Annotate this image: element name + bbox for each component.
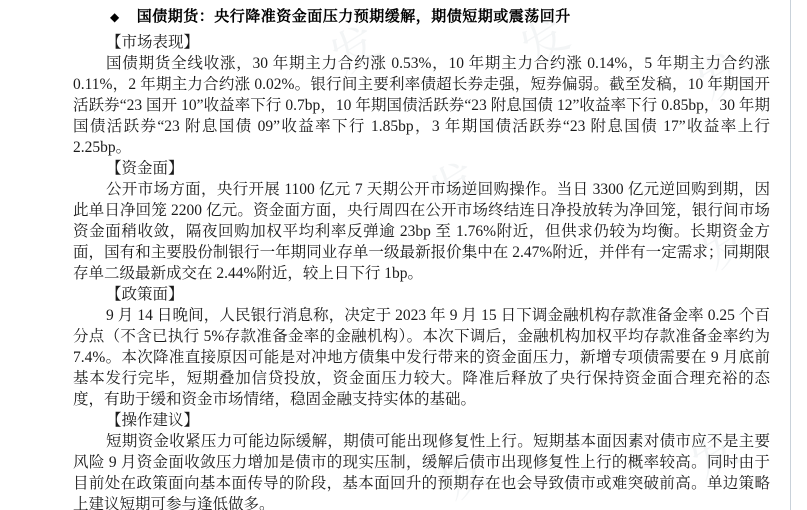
section-heading: 【资金面】 [73,158,770,179]
section-title-text: 国债期货：央行降准资金面压力预期缓解，期债短期或震荡回升 [137,5,571,29]
section-advice: 【操作建议】 短期资金收紧压力可能边际缓解，期债可能出现修复性上行。短期基本面因… [73,410,770,510]
section-heading: 【市场表现】 [73,32,770,53]
section-paragraph: 国债期货全线收涨，30 年期主力合约涨 0.53%，10 年期主力合约涨 0.1… [73,53,770,158]
report-content: ◆ 国债期货：央行降准资金面压力预期缓解，期债短期或震荡回升 【市场表现】 国债… [73,5,770,510]
page-right-border [790,0,791,510]
section-paragraph: 短期资金收紧压力可能边际缓解，期债可能出现修复性上行。短期基本面因素对债市应不是… [73,431,770,510]
section-title: ◆ 国债期货：央行降准资金面压力预期缓解，期债短期或震荡回升 [73,5,770,29]
section-policy: 【政策面】 9 月 14 日晚间，人民银行消息称，决定于 2023 年 9 月 … [73,284,770,410]
report-page: 发 发 发 发 发 发 发 ◆ 国债期货：央行降准资金面压力预期缓解，期债短期或… [0,0,807,510]
section-heading: 【操作建议】 [73,410,770,431]
section-paragraph: 9 月 14 日晚间，人民银行消息称，决定于 2023 年 9 月 15 日下调… [73,305,770,410]
section-market-performance: 【市场表现】 国债期货全线收涨，30 年期主力合约涨 0.53%，10 年期主力… [73,32,770,158]
section-heading: 【政策面】 [73,284,770,305]
diamond-bullet-icon: ◆ [110,5,120,29]
section-funding: 【资金面】 公开市场方面，央行开展 1100 亿元 7 天期公开市场逆回购操作。… [73,158,770,284]
section-paragraph: 公开市场方面，央行开展 1100 亿元 7 天期公开市场逆回购操作。当日 330… [73,179,770,284]
